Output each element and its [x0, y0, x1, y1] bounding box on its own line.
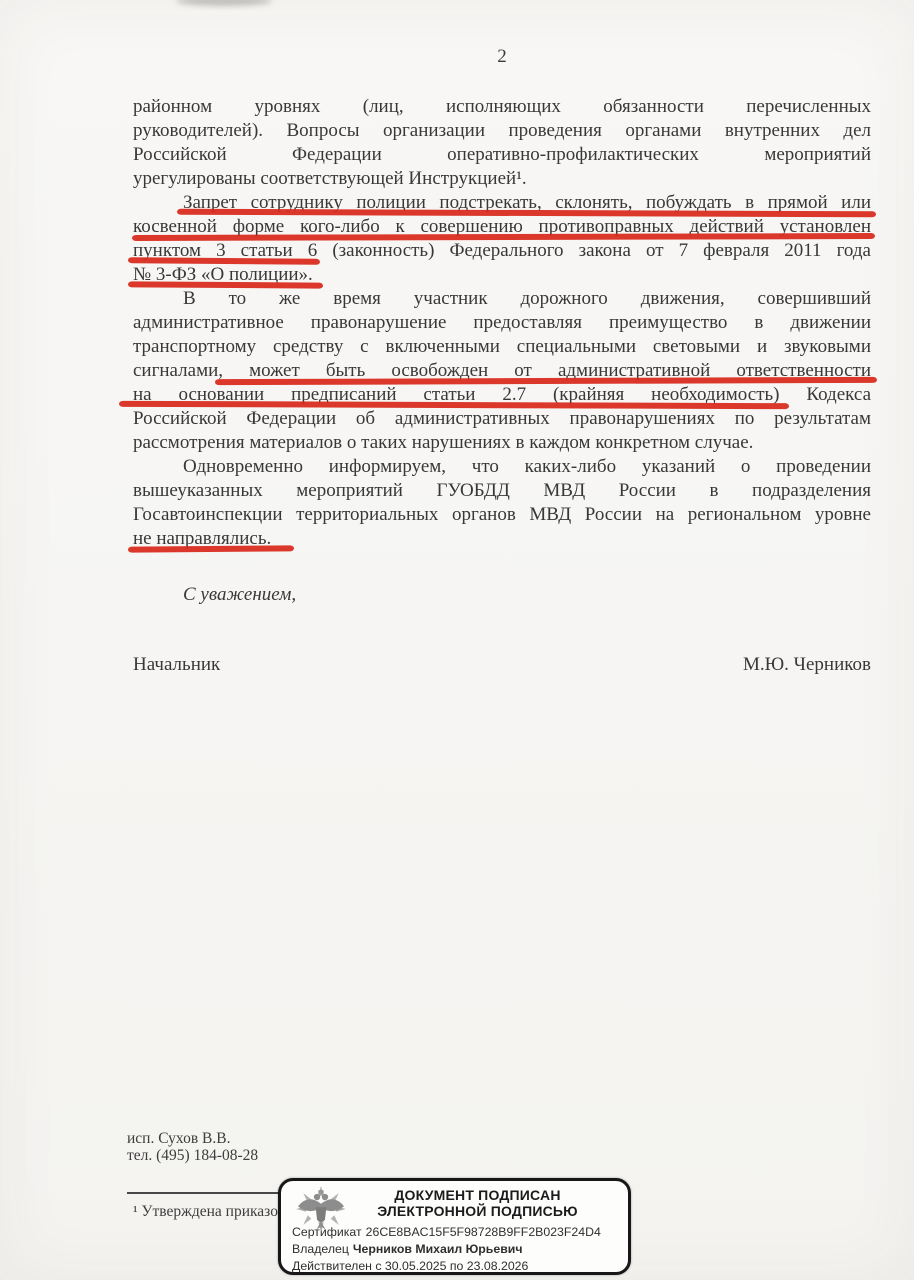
text-line: вышеуказанных мероприятий ГУОБДД МВД Рос… — [133, 479, 871, 503]
text-line: сигналами, может быть освобожден от адми… — [133, 359, 871, 383]
scanned-letter-page: 2 районном уровнях (лиц, исполняющих обя… — [0, 0, 914, 1280]
text-line: рассмотрения материалов о таких нарушени… — [133, 431, 871, 455]
stamp-title: ДОКУМЕНТ ПОДПИСАН ЭЛЕКТРОННОЙ ПОДПИСЬЮ — [345, 1188, 610, 1219]
footnote-text: ¹ Утверждена приказом — [133, 1203, 287, 1221]
text-line: Российской Федерации оперативно-профилак… — [133, 143, 871, 167]
letter-body: районном уровнях (лиц, исполняющих обяза… — [133, 95, 871, 551]
text-line: не направлялись. — [133, 527, 871, 551]
text-line: Запрет сотруднику полиции подстрекать, с… — [133, 191, 871, 215]
red-underline-annotation — [128, 545, 294, 552]
text-line: № 3-ФЗ «О полиции». — [133, 263, 871, 287]
text-line: руководителей). Вопросы организации пров… — [133, 119, 871, 143]
signer-name: М.Ю. Черников — [743, 654, 871, 676]
text-line: В то же время участник дорожного движени… — [133, 287, 871, 311]
stamp-validity-line: Действителен с 30.05.2025 по 23.08.2026 — [292, 1258, 620, 1275]
stamp-owner-line: ВладелецЧерников Михаил Юрьевич — [292, 1241, 620, 1258]
text-line: на основании предписаний статьи 2.7 (кра… — [133, 383, 871, 407]
text-line: Одновременно информируем, что каких-либо… — [133, 455, 871, 479]
executor-block: исп. Сухов В.В. тел. (495) 184-08-28 — [127, 1131, 258, 1164]
executor-name: исп. Сухов В.В. — [127, 1131, 258, 1148]
text-line: урегулированы соответствующей Инструкцие… — [133, 167, 871, 191]
closing-salutation: С уважением, — [183, 584, 296, 606]
signature-row: Начальник М.Ю. Черников — [133, 654, 871, 676]
digital-signature-stamp: ДОКУМЕНТ ПОДПИСАН ЭЛЕКТРОННОЙ ПОДПИСЬЮ С… — [278, 1178, 631, 1275]
page-number: 2 — [133, 46, 871, 68]
text-line: Российской Федерации об административных… — [133, 407, 871, 431]
text-line: косвенной форме кого-либо к совершению п… — [133, 215, 871, 239]
mvd-eagle-emblem-icon — [294, 1186, 348, 1232]
scan-smudge — [176, 0, 272, 6]
executor-phone: тел. (495) 184-08-28 — [127, 1148, 258, 1165]
text-line: Госавтоинспекции территориальных органов… — [133, 503, 871, 527]
text-line: пунктом 3 статьи 6 (законность) Федераль… — [133, 239, 871, 263]
signer-post: Начальник — [133, 654, 220, 676]
text-line: транспортному средству с включенными спе… — [133, 335, 871, 359]
footnote-divider — [127, 1192, 281, 1194]
text-line: административное правонарушение предоста… — [133, 311, 871, 335]
text-line: районном уровнях (лиц, исполняющих обяза… — [133, 95, 871, 119]
